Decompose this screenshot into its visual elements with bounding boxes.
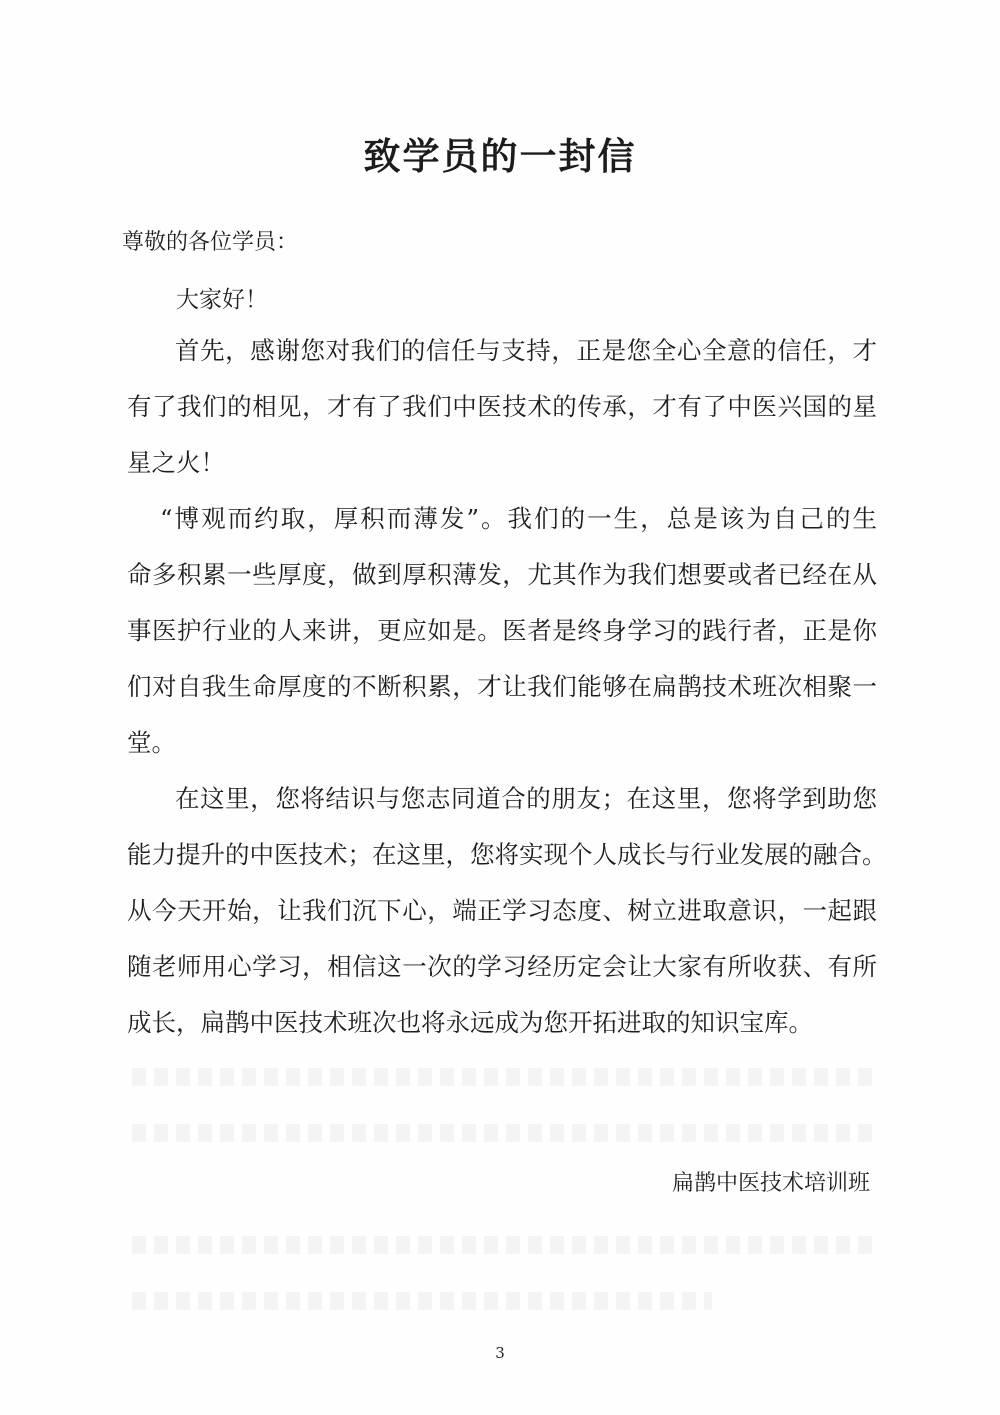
greeting: 大家好！ <box>176 281 268 314</box>
paragraph-1-line-1: 首先，感谢您对我们的信任与支持，正是您全心全意的信任，才 <box>175 336 877 366</box>
paragraph-1-line-3: 星之火！ <box>127 448 877 478</box>
paragraph-1-line-2: 有了我们的相见，才有了我们中医技术的传承，才有了中医兴国的星 <box>127 392 877 422</box>
bleed-through-text <box>132 1292 712 1310</box>
paragraph-3-line-1: 在这里，您将结识与您志同道合的朋友；在这里，您将学到助您 <box>175 784 877 814</box>
bleed-through-text <box>132 1068 872 1086</box>
paragraph-2-line-3: 事医护行业的人来讲，更应如是。医者是终身学习的践行者，正是你 <box>127 616 877 646</box>
salutation: 尊敬的各位学员： <box>122 225 298 256</box>
paragraph-3-line-4: 随老师用心学习，相信这一次的学习经历定会让大家有所收获、有所 <box>127 952 877 982</box>
paragraph-2-line-5: 堂。 <box>127 728 877 758</box>
paragraph-3-line-3: 从今天开始，让我们沉下心，端正学习态度、树立进取意识，一起跟 <box>127 896 877 926</box>
document-page: 致学员的一封信 尊敬的各位学员： 大家好！ 首先，感谢您对我们的信任与支持，正是… <box>0 0 1000 1415</box>
letter-title: 致学员的一封信 <box>0 126 1000 180</box>
bleed-through-text <box>132 1124 872 1142</box>
paragraph-2-line-2: 命多积累一些厚度，做到厚积薄发，尤其作为我们想要或者已经在从 <box>127 560 877 590</box>
page-number: 3 <box>0 1344 1000 1362</box>
paragraph-2-line-1: “博观而约取，厚积而薄发”。我们的一生，总是该为自己的生 <box>160 504 877 534</box>
paragraph-2-line-4: 们对自我生命厚度的不断积累，才让我们能够在扁鹊技术班次相聚一 <box>127 672 877 702</box>
paragraph-3-line-2: 能力提升的中医技术；在这里，您将实现个人成长与行业发展的融合。 <box>127 840 877 870</box>
bleed-through-text <box>132 1236 872 1254</box>
paragraph-3-line-5: 成长，扁鹊中医技术班次也将永远成为您开拓进取的知识宝库。 <box>127 1008 877 1038</box>
signature: 扁鹊中医技术培训班 <box>672 1166 870 1197</box>
